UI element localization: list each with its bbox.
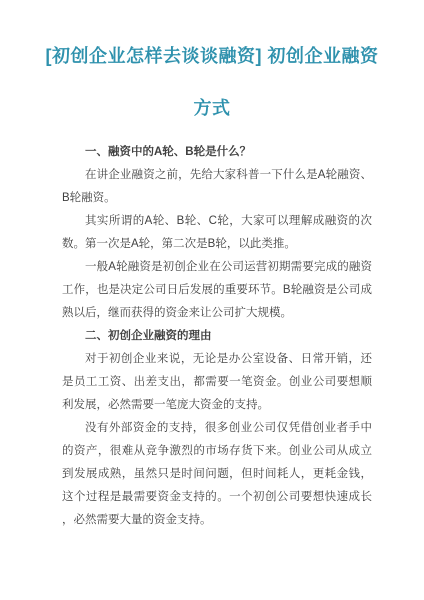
document-body: 一、融资中的A轮、B轮是什么？ 在讲企业融资之前，先给大家科普一下什么是A轮融资… <box>62 141 372 532</box>
paragraph: 一般A轮融资是初创企业在公司运营初期需要完成的融资工作，也是决定公司日后发展的重… <box>62 256 372 325</box>
paragraph: 没有外部资金的支持，很多创业公司仅凭借创业者手中的资产，很难从竞争激烈的市场存货… <box>62 417 372 532</box>
paragraph: 其实所谓的A轮、B轮、C轮，大家可以理解成融资的次数。第一次是A轮，第二次是B轮… <box>62 210 372 256</box>
section-heading-2: 二、初创企业融资的理由 <box>62 325 372 348</box>
paragraph: 在讲企业融资之前，先给大家科普一下什么是A轮融资、B轮融资。 <box>62 164 372 210</box>
document-page: [初创企业怎样去谈谈融资] 初创企业融资方式 一、融资中的A轮、B轮是什么？ 在… <box>0 0 424 600</box>
section-heading-1: 一、融资中的A轮、B轮是什么？ <box>62 141 372 164</box>
paragraph: 对于初创企业来说，无论是办公室设备、日常开销，还是员工工资、出差支出，都需要一笔… <box>62 348 372 417</box>
document-title: [初创企业怎样去谈谈融资] 初创企业融资方式 <box>45 30 379 134</box>
